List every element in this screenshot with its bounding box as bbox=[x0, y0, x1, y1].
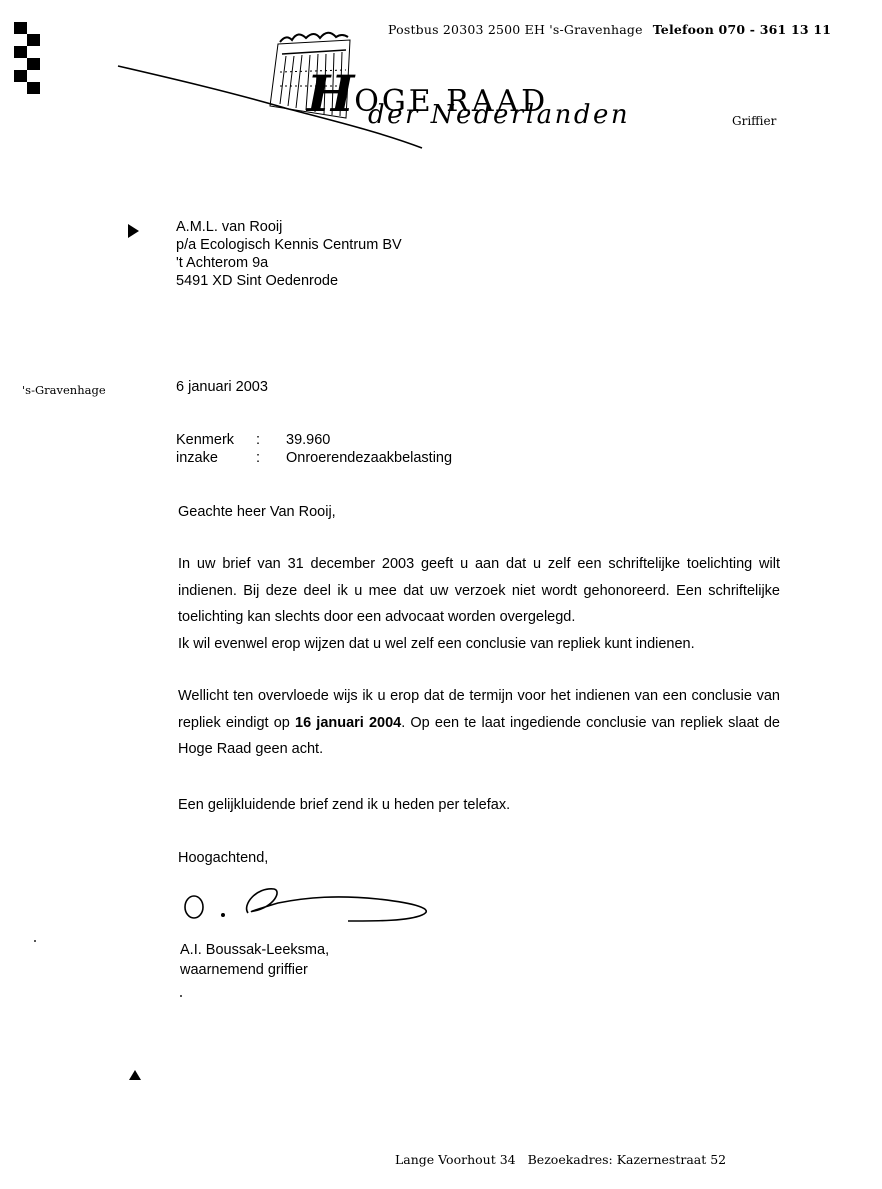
inzake-value: Onroerendezaakbelasting bbox=[286, 449, 452, 467]
organization-subname: der Nederlanden bbox=[368, 100, 630, 130]
place-label: 's-Gravenhage bbox=[22, 383, 106, 397]
recipient-name: A.M.L. van Rooij bbox=[176, 218, 402, 236]
telephone-number: Telefoon 070 - 361 13 11 bbox=[653, 22, 831, 37]
inzake-row: inzake : Onroerendezaakbelasting bbox=[176, 449, 452, 467]
reference-block: Kenmerk : 39.960 inzake : Onroerendezaak… bbox=[176, 431, 452, 467]
department-label: Griffier bbox=[732, 114, 776, 128]
paragraph-1b: Ik wil evenwel erop wijzen dat u wel zel… bbox=[178, 636, 695, 652]
fold-mark-icon bbox=[129, 1070, 141, 1080]
visit-address: Bezoekadres: Kazernestraat 52 bbox=[528, 1152, 727, 1167]
kenmerk-row: Kenmerk : 39.960 bbox=[176, 431, 452, 449]
closing: Hoogachtend, bbox=[178, 850, 268, 866]
address-marker-icon bbox=[128, 224, 139, 238]
salutation: Geachte heer Van Rooij, bbox=[178, 504, 336, 520]
paragraph-3: Een gelijkluidende brief zend ik u heden… bbox=[178, 792, 780, 819]
separator: : bbox=[256, 449, 286, 467]
handwritten-signature bbox=[178, 875, 438, 935]
kenmerk-label: Kenmerk bbox=[176, 431, 256, 449]
postal-street: Lange Voorhout 34 bbox=[395, 1152, 516, 1167]
paragraph-1: In uw brief van 31 december 2003 geeft u… bbox=[178, 551, 780, 657]
scan-speck bbox=[180, 995, 182, 997]
signatory: A.I. Boussak-Leeksma, waarnemend griffie… bbox=[180, 940, 329, 980]
signatory-name: A.I. Boussak-Leeksma, bbox=[180, 940, 329, 960]
checkered-logo-icon bbox=[14, 22, 40, 94]
recipient-company: p/a Ecologisch Kennis Centrum BV bbox=[176, 236, 402, 254]
recipient-address: A.M.L. van Rooij p/a Ecologisch Kennis C… bbox=[176, 218, 402, 290]
deadline-date: 16 januari 2004 bbox=[295, 715, 401, 731]
recipient-street: 't Achterom 9a bbox=[176, 254, 402, 272]
inzake-label: inzake bbox=[176, 449, 256, 467]
letter-date: 6 januari 2003 bbox=[176, 379, 268, 395]
scan-speck bbox=[34, 940, 36, 942]
signatory-title: waarnemend griffier bbox=[180, 960, 329, 980]
letterhead-contact-line: Postbus 20303 2500 EH 's-GravenhageTelef… bbox=[388, 22, 831, 37]
paragraph-2: Wellicht ten overvloede wijs ik u erop d… bbox=[178, 683, 780, 763]
separator: : bbox=[256, 431, 286, 449]
footer-address: Lange Voorhout 34Bezoekadres: Kazernestr… bbox=[395, 1152, 726, 1167]
kenmerk-value: 39.960 bbox=[286, 431, 330, 449]
recipient-city: 5491 XD Sint Oedenrode bbox=[176, 272, 402, 290]
